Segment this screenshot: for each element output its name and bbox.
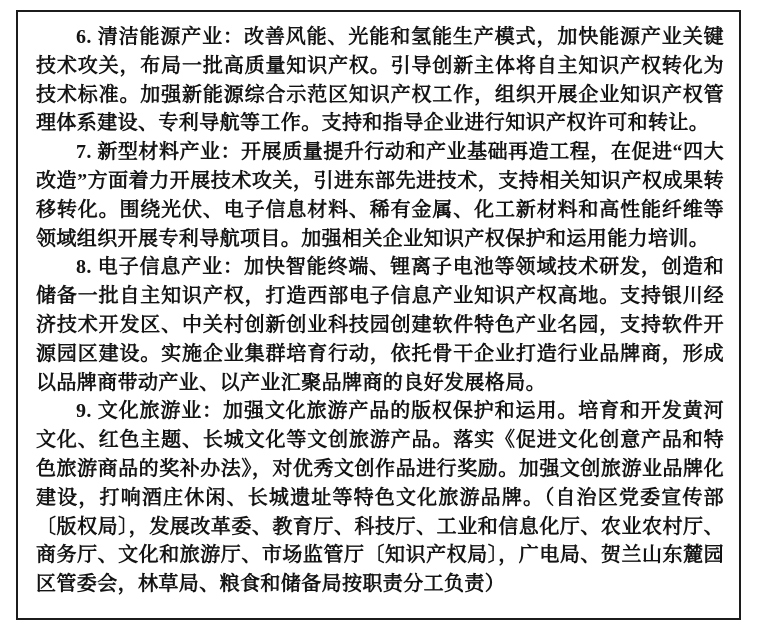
- document-border-frame: 6. 清洁能源产业：改善风能、光能和氢能生产模式，加快能源产业关键技术攻关，布局…: [16, 10, 741, 620]
- paragraph-7-new-materials-industry: 7. 新型材料产业：开展质量提升行动和产业基础再造工程，在促进“四大改造”方面着…: [36, 138, 724, 253]
- paragraph-9-culture-tourism-industry: 9. 文化旅游业：加强文化旅游产品的版权保护和运用。培育和开发黄河文化、红色主题…: [36, 397, 724, 599]
- paragraph-6-clean-energy-industry: 6. 清洁能源产业：改善风能、光能和氢能生产模式，加快能源产业关键技术攻关，布局…: [36, 23, 724, 138]
- paragraph-8-electronic-information-industry: 8. 电子信息产业：加快智能终端、锂离子电池等领域技术研发，创造和储备一批自主知…: [36, 253, 724, 397]
